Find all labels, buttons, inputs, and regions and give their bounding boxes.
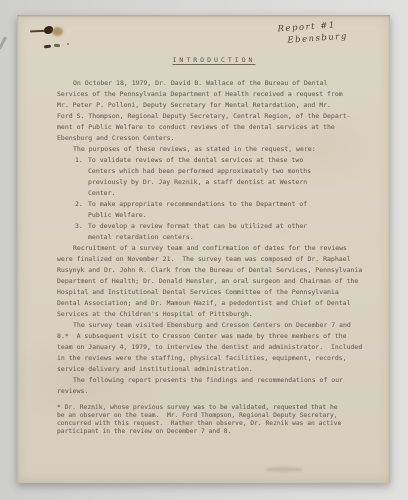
list-item: 1. To validate reviews of the dental ser…: [57, 155, 371, 199]
ink-dash-mark: [44, 45, 51, 49]
list-item-text: To make appropriate recommendations to t…: [88, 199, 307, 221]
paragraph-request: On October 18, 1979, Dr. David B. Wallac…: [57, 78, 371, 144]
list-item: 3. To develop a review format that can b…: [57, 221, 371, 243]
typed-content: INTRODUCTION On October 18, 1979, Dr. Da…: [57, 55, 371, 436]
purposes-intro: The purposes of these reviews, as stated…: [57, 144, 371, 155]
list-item-text: To develop a review format that can be u…: [88, 221, 307, 243]
scanned-document-background: { "document": { "handwritten_note": { "l…: [0, 0, 408, 500]
paragraph-recruitment: Recruitment of a survey team and confirm…: [57, 243, 371, 320]
purpose-list: 1. To validate reviews of the dental ser…: [57, 155, 371, 243]
ink-smudge-mark: [52, 27, 63, 36]
list-item-number: 3.: [75, 221, 88, 243]
background-scratch-mark: [0, 36, 7, 50]
list-item: 2. To make appropriate recommendations t…: [57, 199, 371, 221]
document-page: Report #1 Ebensburg INTRODUCTION On Octo…: [17, 15, 390, 483]
list-item-number: 1.: [75, 155, 88, 199]
paragraph-visit: The survey team visited Ebensburg and Cr…: [57, 320, 371, 375]
ink-dash-mark: [54, 44, 60, 47]
handwritten-note: Report #1 Ebensburg: [277, 19, 348, 48]
paper-smudge-mark: [265, 467, 303, 472]
footnote: * Dr. Reznik, whose previous survey was …: [57, 404, 371, 436]
paragraph-closing: The following report presents the findin…: [57, 375, 371, 397]
list-item-number: 2.: [75, 199, 88, 221]
section-title: INTRODUCTION: [57, 55, 371, 66]
list-item-text: To validate reviews of the dental servic…: [88, 155, 311, 199]
ink-dot-mark: [67, 43, 69, 45]
